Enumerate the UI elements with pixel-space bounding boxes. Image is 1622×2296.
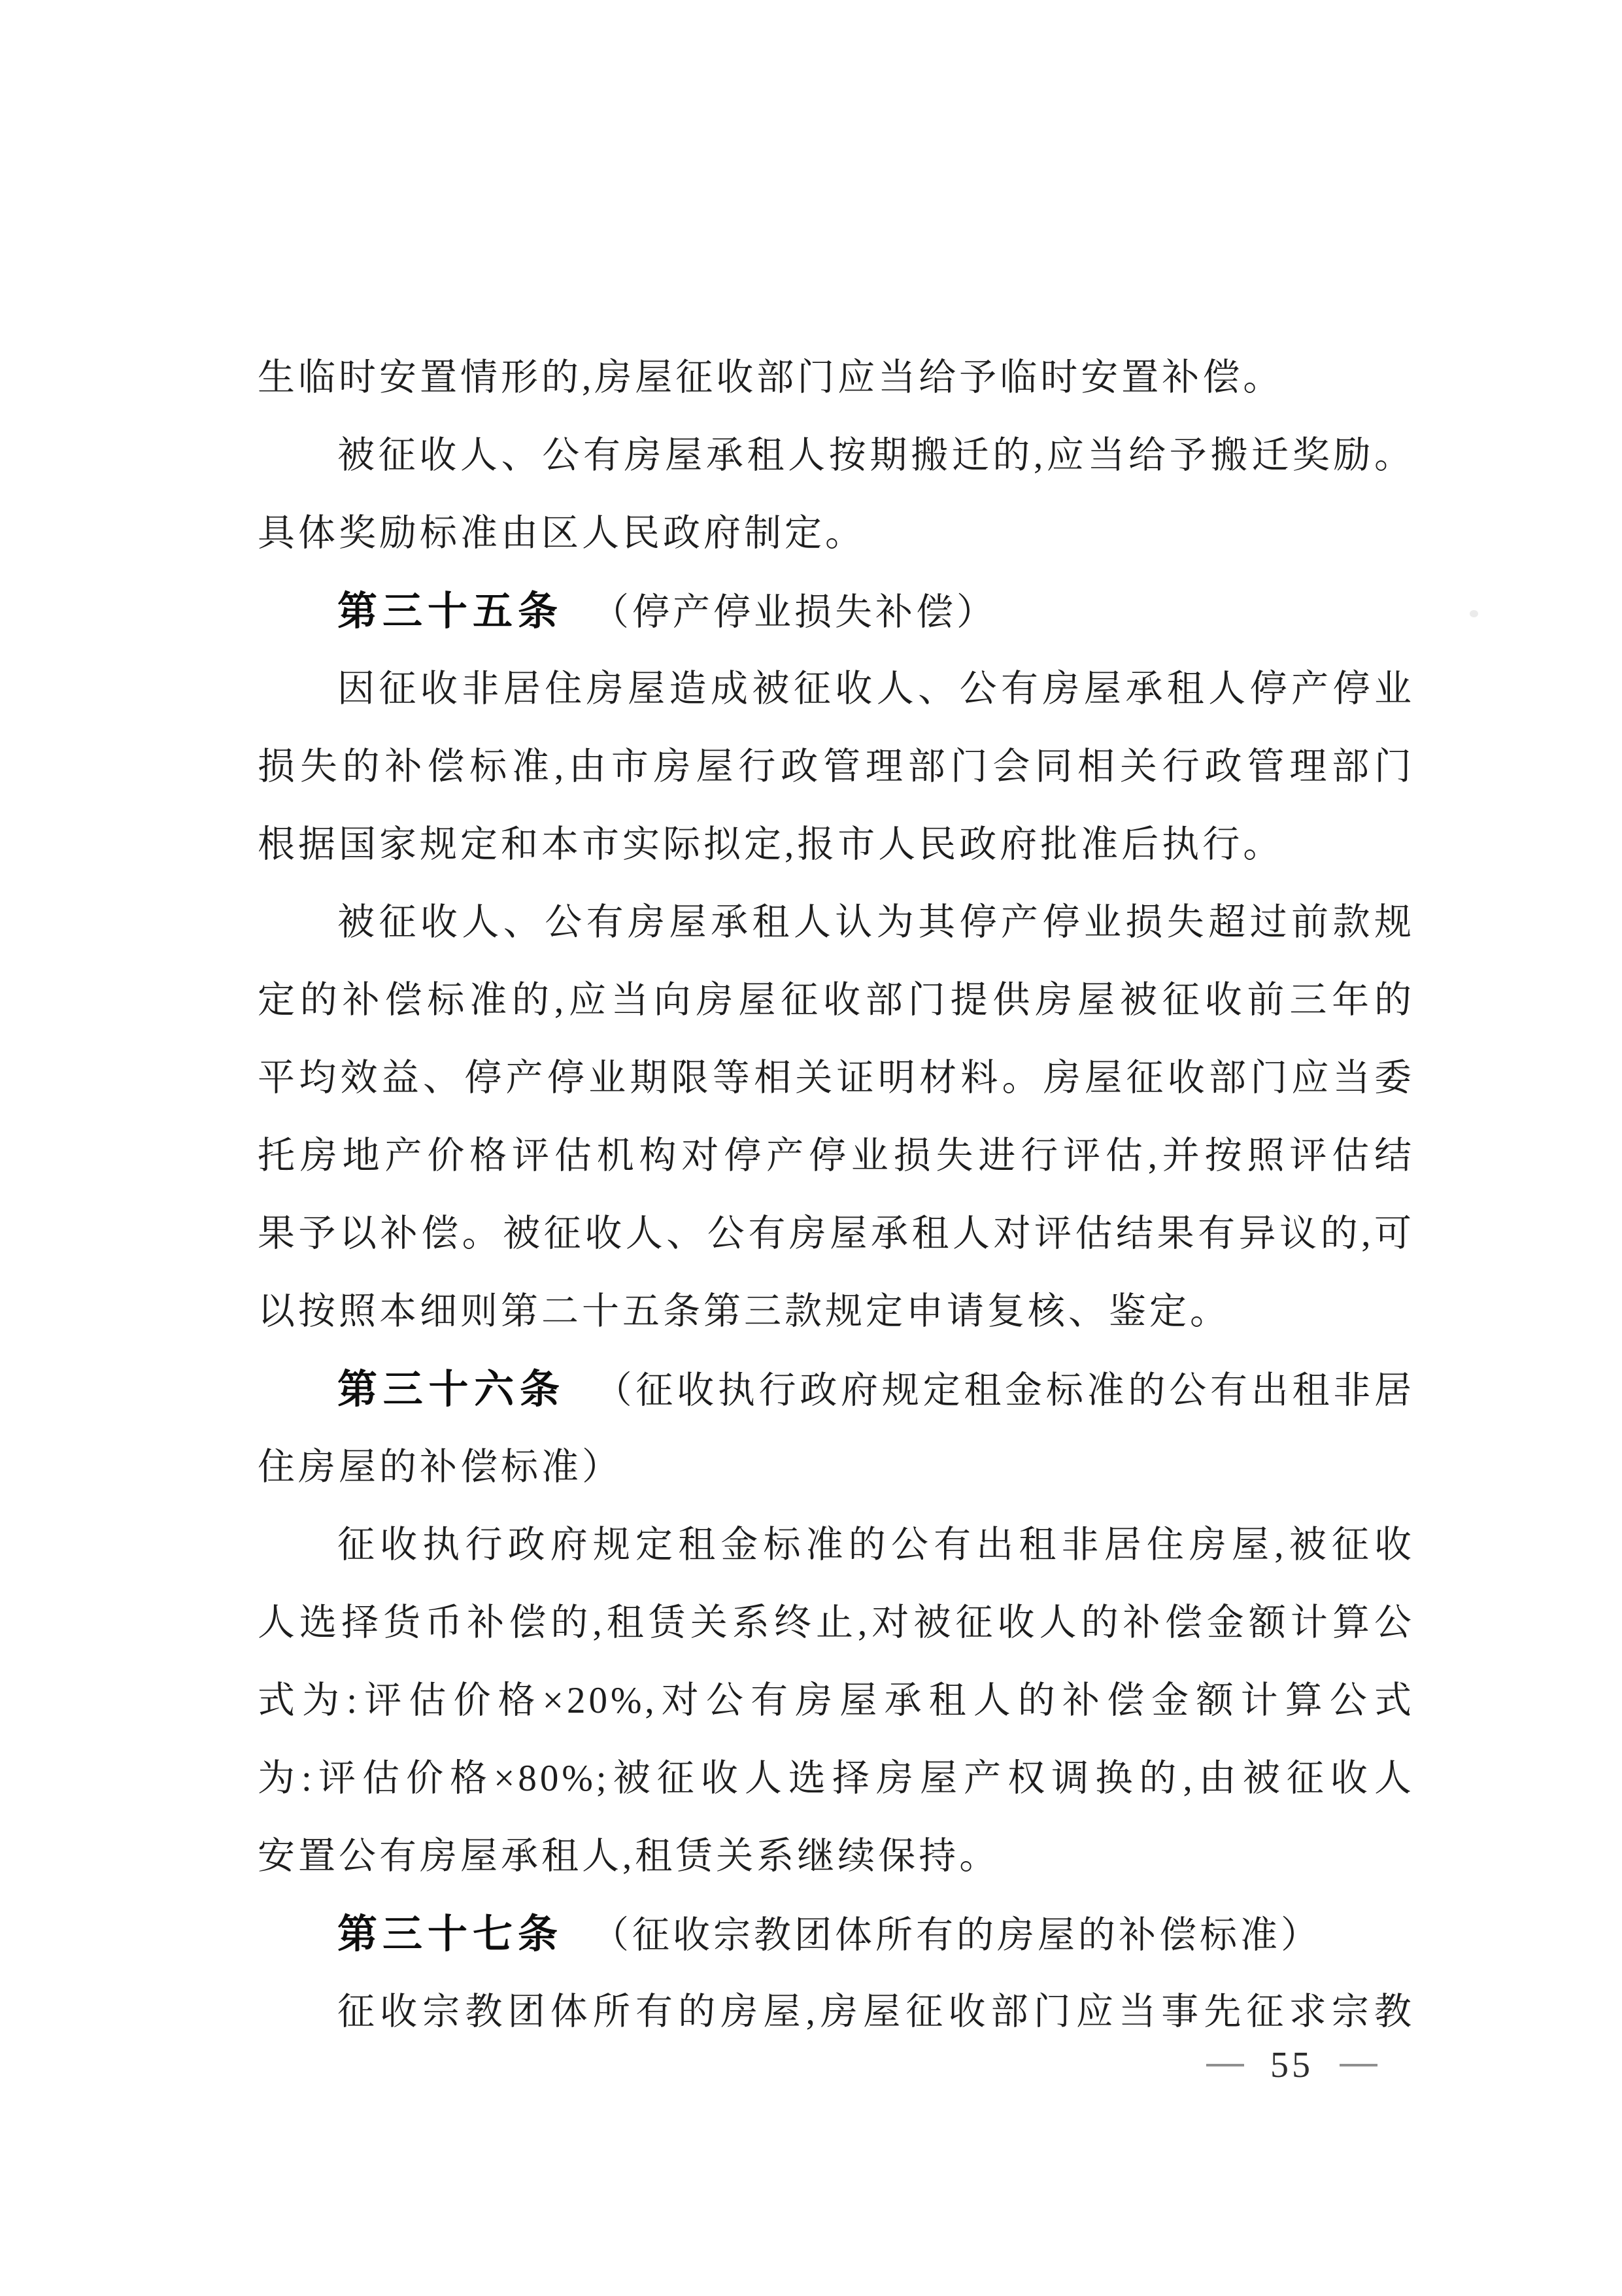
document-page: 生临时安置情形的,房屋征收部门应当给予临时安置补偿。 被征收人、公有房屋承租人按… — [0, 0, 1622, 2296]
article-number: 第三十六条 — [337, 1367, 566, 1411]
article-heading-line: 第三十五条（停产停业损失补偿） — [258, 572, 1415, 650]
text-line: 征收执行政府规定租金标准的公有出租非居住房屋,被征收 — [258, 1506, 1415, 1584]
article-title: （征收执行政府规定租金标准的公有出租非居 — [594, 1370, 1415, 1411]
text-line: 托房地产价格评估机构对停产停业损失进行评估,并按照评估结 — [258, 1117, 1415, 1195]
text-line: 损失的补偿标准,由市房屋行政管理部门会同相关行政管理部门 — [258, 728, 1415, 806]
text-line: 定的补偿标准的,应当向房屋征收部门提供房屋被征收前三年的 — [258, 961, 1415, 1039]
text-line: 为:评估价格×80%;被征收人选择房屋产权调换的,由被征收人 — [258, 1739, 1415, 1817]
page-number: 55 — [1270, 2046, 1313, 2085]
text-line: 平均效益、停产停业期限等相关证明材料。房屋征收部门应当委 — [258, 1039, 1415, 1117]
text-line: 根据国家规定和本市实际拟定,报市人民政府批准后执行。 — [258, 806, 1415, 883]
text-line: 以按照本细则第二十五条第三款规定申请复核、鉴定。 — [258, 1273, 1415, 1350]
text-line: 住房屋的补偿标准） — [258, 1428, 1415, 1506]
text-line: 征收宗教团体所有的房屋,房屋征收部门应当事先征求宗教 — [258, 1973, 1415, 2051]
text-line: 因征收非居住房屋造成被征收人、公有房屋承租人停产停业 — [258, 650, 1415, 728]
article-title: （征收宗教团体所有的房屋的补偿标准） — [592, 1915, 1321, 1956]
document-text-block: 生临时安置情形的,房屋征收部门应当给予临时安置补偿。 被征收人、公有房屋承租人按… — [258, 339, 1415, 2051]
page-footer: 55 — [1206, 2046, 1377, 2085]
text-line: 具体奖励标准由区人民政府制定。 — [258, 494, 1415, 572]
text-line: 安置公有房屋承租人,租赁关系继续保持。 — [258, 1817, 1415, 1895]
article-number: 第三十七条 — [337, 1911, 563, 1956]
text-line: 果予以补偿。被征收人、公有房屋承租人对评估结果有异议的,可 — [258, 1195, 1415, 1273]
article-heading-line: 第三十六条（征收执行政府规定租金标准的公有出租非居 — [258, 1350, 1415, 1428]
footer-dash-right — [1340, 2064, 1377, 2066]
article-heading-line: 第三十七条（征收宗教团体所有的房屋的补偿标准） — [258, 1895, 1415, 1973]
footer-dash-left — [1206, 2064, 1244, 2066]
article-title: （停产停业损失补偿） — [592, 592, 997, 633]
text-line: 被征收人、公有房屋承租人认为其停产停业损失超过前款规 — [258, 883, 1415, 961]
article-number: 第三十五条 — [337, 589, 563, 633]
scan-artifact-dot — [1470, 610, 1478, 617]
text-line: 人选择货币补偿的,租赁关系终止,对被征收人的补偿金额计算公 — [258, 1584, 1415, 1662]
text-line: 被征收人、公有房屋承租人按期搬迁的,应当给予搬迁奖励。 — [258, 417, 1415, 494]
text-line: 式为:评估价格×20%,对公有房屋承租人的补偿金额计算公式 — [258, 1662, 1415, 1739]
text-line: 生临时安置情形的,房屋征收部门应当给予临时安置补偿。 — [258, 339, 1415, 417]
